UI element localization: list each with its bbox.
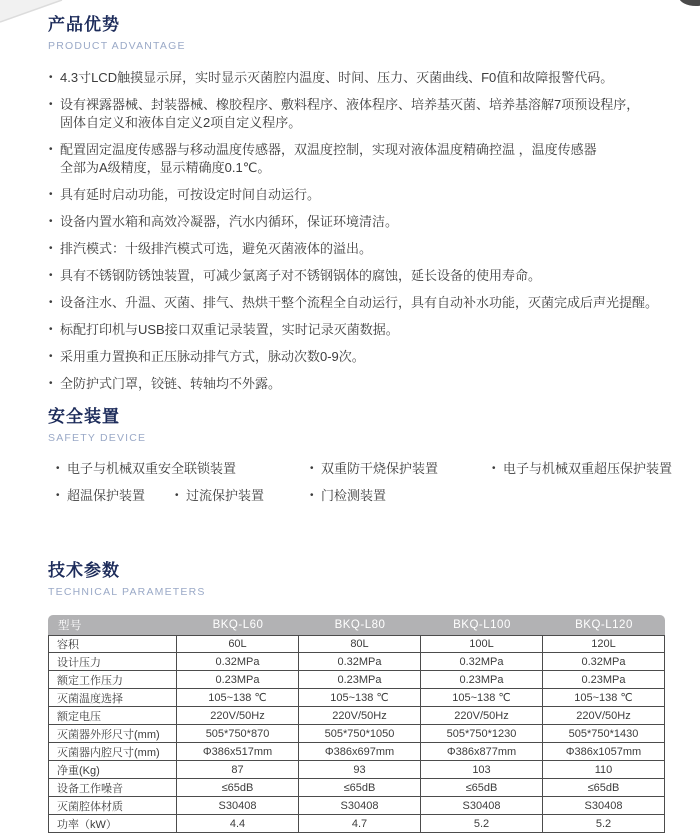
section-title: 产品优势	[48, 10, 680, 35]
param-value-cell: 0.32MPa	[299, 653, 421, 671]
model-header: BKQ-L60	[177, 615, 299, 635]
safety-item: 超温保护装置	[56, 487, 145, 505]
param-name-cell: 净重(Kg)	[48, 761, 177, 779]
param-value-cell: 5.2	[543, 815, 665, 833]
advantage-item: 4.3寸LCD触摸显示屏，实时显示灭菌腔内温度、时间、压力、灭菌曲线、F0值和故…	[48, 69, 680, 87]
param-value-cell: S30408	[543, 797, 665, 815]
param-name-cell: 灭菌温度选择	[48, 689, 177, 707]
param-value-cell: 0.23MPa	[543, 671, 665, 689]
param-value-cell: S30408	[177, 797, 299, 815]
param-name-cell: 容积	[48, 635, 177, 653]
advantage-item: 设有裸露器械、封装器械、橡胶程序、敷料程序、液体程序、培养基灭菌、培养基溶解7项…	[48, 96, 680, 132]
safety-item: 门检测装置	[310, 487, 386, 505]
param-value-cell: 0.32MPa	[177, 653, 299, 671]
params-table-header-row: 型号BKQ-L60BKQ-L80BKQ-L100BKQ-L120	[48, 615, 665, 635]
param-value-cell: 0.23MPa	[421, 671, 543, 689]
table-row: 灭菌器内腔尺寸(mm)Φ386x517mmΦ386x697mmΦ386x877m…	[48, 743, 665, 761]
section-subtitle: PRODUCT ADVANTAGE	[48, 40, 680, 52]
param-name-header: 型号	[48, 615, 177, 635]
advantage-item: 配置固定温度传感器与移动温度传感器，双温度控制，实现对液体温度精确控温 ，温度传…	[48, 141, 680, 177]
param-value-cell: S30408	[421, 797, 543, 815]
param-value-cell: 0.32MPa	[421, 653, 543, 671]
param-name-cell: 功率（kW）	[48, 815, 177, 833]
safety-item: 双重防干烧保护装置	[310, 460, 438, 478]
table-row: 额定电压220V/50Hz220V/50Hz220V/50Hz220V/50Hz	[48, 707, 665, 725]
table-row: 灭菌器外形尺寸(mm)505*750*870505*750*1050505*75…	[48, 725, 665, 743]
section-title: 技术参数	[48, 556, 680, 581]
section-technical-parameters: 技术参数 TECHNICAL PARAMETERS	[48, 556, 680, 598]
param-value-cell: 60L	[177, 635, 299, 653]
advantage-item: 标配打印机与USB接口双重记录装置，实时记录灭菌数据。	[48, 321, 680, 339]
safety-items: 电子与机械双重安全联锁装置 双重防干烧保护装置 电子与机械双重超压保护装置 超温…	[48, 460, 680, 516]
param-value-cell: Φ386x877mm	[421, 743, 543, 761]
param-value-cell: 87	[177, 761, 299, 779]
param-value-cell: 505*750*1430	[543, 725, 665, 743]
model-header: BKQ-L100	[421, 615, 543, 635]
param-value-cell: 0.23MPa	[299, 671, 421, 689]
param-value-cell: 93	[299, 761, 421, 779]
table-row: 灭菌腔体材质S30408S30408S30408S30408	[48, 797, 665, 815]
table-row: 净重(Kg)8793103110	[48, 761, 665, 779]
param-name-cell: 灭菌器外形尺寸(mm)	[48, 725, 177, 743]
param-value-cell: 220V/50Hz	[299, 707, 421, 725]
advantage-item: 采用重力置换和正压脉动排气方式，脉动次数0-9次。	[48, 348, 680, 366]
param-value-cell: 0.32MPa	[543, 653, 665, 671]
param-name-cell: 设备工作噪音	[48, 779, 177, 797]
param-value-cell: ≤65dB	[421, 779, 543, 797]
param-value-cell: ≤65dB	[177, 779, 299, 797]
model-header: BKQ-L120	[543, 615, 665, 635]
param-value-cell: 220V/50Hz	[177, 707, 299, 725]
advantage-item: 排汽模式：十级排汽模式可选，避免灭菌液体的溢出。	[48, 240, 680, 258]
param-name-cell: 设计压力	[48, 653, 177, 671]
param-value-cell: S30408	[299, 797, 421, 815]
param-value-cell: 105~138 ℃	[177, 689, 299, 707]
safety-item: 电子与机械双重超压保护装置	[492, 460, 672, 478]
param-value-cell: 5.2	[421, 815, 543, 833]
param-value-cell: ≤65dB	[299, 779, 421, 797]
param-value-cell: 110	[543, 761, 665, 779]
section-subtitle: TECHNICAL PARAMETERS	[48, 586, 680, 598]
table-row: 容积60L80L100L120L	[48, 635, 665, 653]
param-value-cell: 220V/50Hz	[421, 707, 543, 725]
param-value-cell: 100L	[421, 635, 543, 653]
param-value-cell: 105~138 ℃	[421, 689, 543, 707]
param-value-cell: Φ386x1057mm	[543, 743, 665, 761]
param-value-cell: 4.4	[177, 815, 299, 833]
param-value-cell: ≤65dB	[543, 779, 665, 797]
advantage-item: 具有不锈钢防锈蚀装置，可减少氯离子对不锈钢锅体的腐蚀，延长设备的使用寿命。	[48, 267, 680, 285]
section-safety-device: 安全装置 SAFETY DEVICE 电子与机械双重安全联锁装置 双重防干烧保护…	[48, 402, 680, 516]
advantage-item: 设备注水、升温、灭菌、排气、热烘干整个流程全自动运行，具有自动补水功能，灭菌完成…	[48, 294, 680, 312]
param-name-cell: 灭菌腔体材质	[48, 797, 177, 815]
param-value-cell: 505*750*1050	[299, 725, 421, 743]
param-name-cell: 额定电压	[48, 707, 177, 725]
param-value-cell: 103	[421, 761, 543, 779]
params-table-body: 容积60L80L100L120L设计压力0.32MPa0.32MPa0.32MP…	[48, 635, 665, 833]
param-value-cell: 4.7	[299, 815, 421, 833]
advantage-item: 具有延时启动功能，可按设定时间自动运行。	[48, 186, 680, 204]
table-row: 灭菌温度选择105~138 ℃105~138 ℃105~138 ℃105~138…	[48, 689, 665, 707]
param-value-cell: 80L	[299, 635, 421, 653]
param-value-cell: 0.23MPa	[177, 671, 299, 689]
param-value-cell: 505*750*1230	[421, 725, 543, 743]
safety-item: 过流保护装置	[175, 487, 264, 505]
table-row: 额定工作压力0.23MPa0.23MPa0.23MPa0.23MPa	[48, 671, 665, 689]
param-value-cell: 505*750*870	[177, 725, 299, 743]
section-title: 安全装置	[48, 402, 680, 427]
param-value-cell: 120L	[543, 635, 665, 653]
safety-item: 电子与机械双重安全联锁装置	[56, 460, 236, 478]
table-row: 设备工作噪音≤65dB≤65dB≤65dB≤65dB	[48, 779, 665, 797]
table-row: 设计压力0.32MPa0.32MPa0.32MPa0.32MPa	[48, 653, 665, 671]
param-name-cell: 灭菌器内腔尺寸(mm)	[48, 743, 177, 761]
section-product-advantage: 产品优势 PRODUCT ADVANTAGE 4.3寸LCD触摸显示屏，实时显示…	[48, 10, 680, 402]
advantage-list: 4.3寸LCD触摸显示屏，实时显示灭菌腔内温度、时间、压力、灭菌曲线、F0值和故…	[48, 69, 680, 393]
advantage-item: 全防护式门罩，铰链、转轴均不外露。	[48, 375, 680, 393]
param-name-cell: 额定工作压力	[48, 671, 177, 689]
params-table: 型号BKQ-L60BKQ-L80BKQ-L100BKQ-L120 容积60L80…	[48, 615, 665, 833]
advantage-item: 设备内置水箱和高效冷凝器，汽水内循环，保证环境清洁。	[48, 213, 680, 231]
param-value-cell: Φ386x517mm	[177, 743, 299, 761]
model-header: BKQ-L80	[299, 615, 421, 635]
param-value-cell: 105~138 ℃	[299, 689, 421, 707]
brochure-page: { "product_advantage": { "title": "产品优势"…	[0, 0, 700, 840]
param-value-cell: Φ386x697mm	[299, 743, 421, 761]
param-value-cell: 105~138 ℃	[543, 689, 665, 707]
table-row: 功率（kW）4.44.75.25.2	[48, 815, 665, 833]
section-subtitle: SAFETY DEVICE	[48, 432, 680, 444]
param-value-cell: 220V/50Hz	[543, 707, 665, 725]
